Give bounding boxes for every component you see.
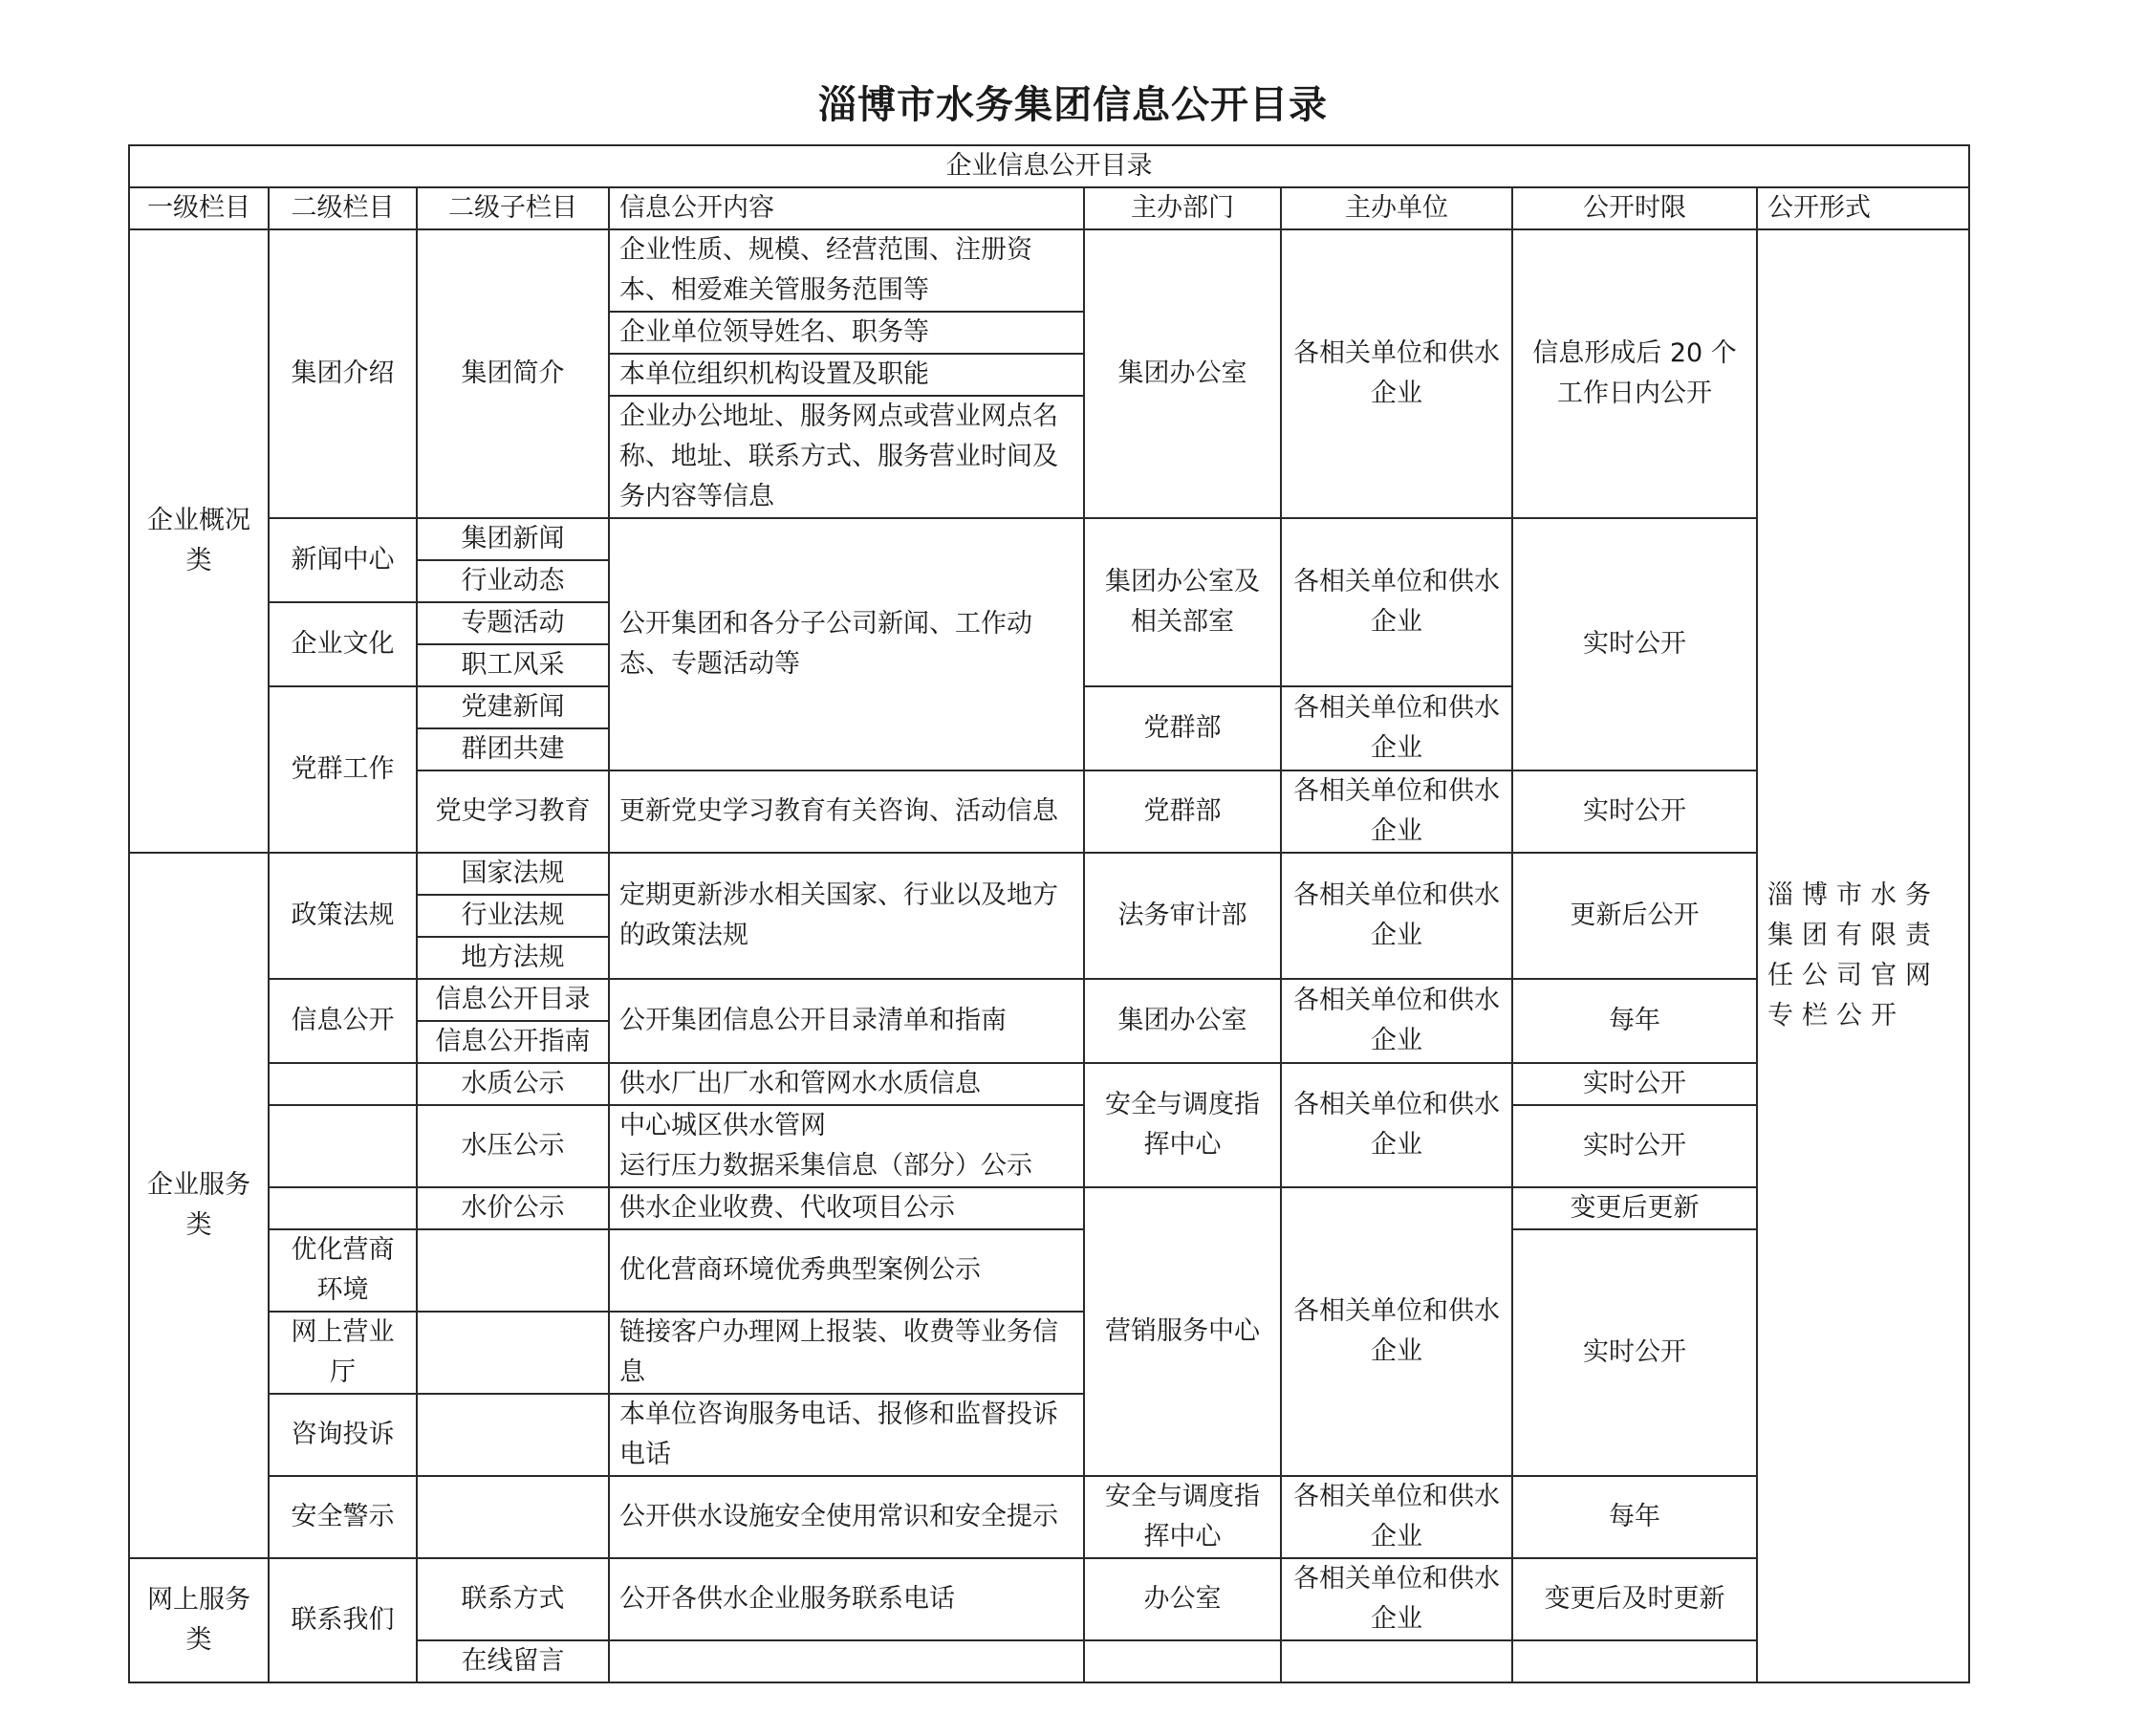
time-after-change: 变更后更新 [1512, 1187, 1757, 1229]
l3-disclosure-guide: 信息公开指南 [417, 1021, 609, 1063]
content-org: 本单位组织机构设置及职能 [609, 354, 1084, 396]
unit: 各相关单位和供水企业 [1281, 853, 1512, 979]
content-safety: 公开供水设施安全使用常识和安全提示 [609, 1476, 1084, 1558]
l3-mass-org: 群团共建 [417, 728, 609, 770]
dept-office: 办公室 [1084, 1558, 1281, 1640]
time-after-update: 更新后公开 [1512, 853, 1757, 979]
content-leaders: 企业单位领导姓名、职务等 [609, 312, 1084, 354]
l2-online-hall: 网上营业厅 [269, 1312, 417, 1394]
dept-dispatch-2: 安全与调度指挥中心 [1084, 1476, 1281, 1558]
info-disclosure-catalog-table: 企业信息公开目录 一级栏目 二级栏目 二级子栏目 信息公开内容 主办部门 主办单… [128, 144, 1970, 1683]
l3-special-events: 专题活动 [417, 602, 609, 644]
dept-group-office: 集团办公室 [1084, 229, 1281, 518]
unit: 各相关单位和供水企业 [1281, 979, 1512, 1063]
time-empty [1512, 1640, 1757, 1682]
content-business-env: 优化营商环境优秀典型案例公示 [609, 1229, 1084, 1312]
l2-policy: 政策法规 [269, 853, 417, 979]
l3-group-news: 集团新闻 [417, 518, 609, 560]
l2-business-env: 优化营商环境 [269, 1229, 417, 1312]
l2-contact-us: 联系我们 [269, 1558, 417, 1682]
content-nature: 企业性质、规模、经营范围、注册资本、相爱难关管服务范围等 [609, 229, 1084, 312]
l2-news-center: 新闻中心 [269, 518, 417, 602]
l2-party-work: 党群工作 [269, 686, 417, 853]
unit: 各相关单位和供水企业 [1281, 1187, 1512, 1476]
l3-party-history: 党史学习教育 [417, 770, 609, 853]
unit: 各相关单位和供水企业 [1281, 518, 1512, 686]
time-realtime: 实时公开 [1512, 518, 1757, 770]
l3-water-quality: 水质公示 [417, 1063, 609, 1105]
l3-empty [417, 1476, 609, 1558]
content-online-hall: 链接客户办理网上报装、收费等业务信息 [609, 1312, 1084, 1394]
header-level2: 二级栏目 [269, 187, 417, 229]
l2-empty [269, 1187, 417, 1229]
content-complaint: 本单位咨询服务电话、报修和监督投诉电话 [609, 1394, 1084, 1476]
dept-party: 党群部 [1084, 686, 1281, 770]
l3-group-profile: 集团简介 [417, 229, 609, 518]
unit-empty [1281, 1640, 1512, 1682]
content-empty [609, 1640, 1084, 1682]
header-time: 公开时限 [1512, 187, 1757, 229]
group-enterprise-overview: 企业概况类 [129, 229, 269, 853]
unit: 各相关单位和供水企业 [1281, 1558, 1512, 1640]
l3-water-price: 水价公示 [417, 1187, 609, 1229]
unit: 各相关单位和供水企业 [1281, 770, 1512, 853]
dept-marketing: 营销服务中心 [1084, 1187, 1281, 1476]
l3-industry-news: 行业动态 [417, 560, 609, 602]
content-water-pressure: 中心城区供水管网 运行压力数据采集信息（部分）公示 [609, 1105, 1084, 1187]
l2-empty [269, 1063, 417, 1105]
unit: 各相关单位和供水企业 [1281, 1063, 1512, 1187]
content-disclosure: 公开集团信息公开目录清单和指南 [609, 979, 1084, 1063]
document-title: 淄博市水务集团信息公开目录 [0, 75, 2146, 129]
l3-staff-style: 职工风采 [417, 644, 609, 686]
dept-dispatch: 安全与调度指挥中心 [1084, 1063, 1281, 1187]
l2-corporate-culture: 企业文化 [269, 602, 417, 686]
dept-party-2: 党群部 [1084, 770, 1281, 853]
header-level2-sub: 二级子栏目 [417, 187, 609, 229]
group-online-service: 网上服务类 [129, 1558, 269, 1682]
unit: 各相关单位和供水企业 [1281, 686, 1512, 770]
l2-disclosure: 信息公开 [269, 979, 417, 1063]
time-annual: 每年 [1512, 979, 1757, 1063]
unit: 各相关单位和供水企业 [1281, 1476, 1512, 1558]
l3-industry-law: 行业法规 [417, 895, 609, 937]
l3-contact-info: 联系方式 [417, 1558, 609, 1640]
content-policy: 定期更新涉水相关国家、行业以及地方的政策法规 [609, 853, 1084, 979]
l3-disclosure-catalog: 信息公开目录 [417, 979, 609, 1021]
dept-empty [1084, 1640, 1281, 1682]
dept-group-office-2: 集团办公室 [1084, 979, 1281, 1063]
content-water-quality: 供水厂出厂水和管网水水质信息 [609, 1063, 1084, 1105]
content-pressure-line2: 运行压力数据采集信息（部分）公示 [619, 1146, 1073, 1186]
time-realtime-quality: 实时公开 [1512, 1063, 1757, 1105]
header-content: 信息公开内容 [609, 187, 1084, 229]
l3-empty [417, 1312, 609, 1394]
time-realtime-marketing: 实时公开 [1512, 1229, 1757, 1476]
l3-national-law: 国家法规 [417, 853, 609, 895]
l3-empty [417, 1229, 609, 1312]
content-contact: 公开各供水企业服务联系电话 [609, 1558, 1084, 1640]
l3-local-law: 地方法规 [417, 937, 609, 979]
time-realtime-2: 实时公开 [1512, 770, 1757, 853]
header-row: 一级栏目 二级栏目 二级子栏目 信息公开内容 主办部门 主办单位 公开时限 公开… [129, 187, 1969, 229]
disclosure-form: 淄博市水务集团有限责任公司官网专栏公开 [1757, 229, 1969, 1682]
group-enterprise-service: 企业服务类 [129, 853, 269, 1558]
l3-water-pressure: 水压公示 [417, 1105, 609, 1187]
l3-online-message: 在线留言 [417, 1640, 609, 1682]
content-party-history: 更新党史学习教育有关咨询、活动信息 [609, 770, 1084, 853]
time-annual-2: 每年 [1512, 1476, 1757, 1558]
header-level1: 一级栏目 [129, 187, 269, 229]
header-unit: 主办单位 [1281, 187, 1512, 229]
dept-office-and-depts: 集团办公室及相关部室 [1084, 518, 1281, 686]
time-realtime-pressure: 实时公开 [1512, 1105, 1757, 1187]
l2-group-intro: 集团介绍 [269, 229, 417, 518]
l2-complaint: 咨询投诉 [269, 1394, 417, 1476]
l3-empty [417, 1394, 609, 1476]
dept-legal: 法务审计部 [1084, 853, 1281, 979]
time-20-days: 信息形成后 20 个工作日内公开 [1512, 229, 1757, 518]
table-caption: 企业信息公开目录 [129, 145, 1969, 187]
content-address: 企业办公地址、服务网点或营业网点名称、地址、联系方式、服务营业时间及务内容等信息 [609, 396, 1084, 518]
l2-safety-warning: 安全警示 [269, 1476, 417, 1558]
content-pressure-line1: 中心城区供水管网 [619, 1106, 1073, 1146]
l2-empty [269, 1105, 417, 1187]
time-after-change-timely: 变更后及时更新 [1512, 1558, 1757, 1640]
content-news: 公开集团和各分子公司新闻、工作动态、专题活动等 [609, 518, 1084, 770]
unit: 各相关单位和供水企业 [1281, 229, 1512, 518]
content-water-price: 供水企业收费、代收项目公示 [609, 1187, 1084, 1229]
header-dept: 主办部门 [1084, 187, 1281, 229]
header-form: 公开形式 [1757, 187, 1969, 229]
l3-party-news: 党建新闻 [417, 686, 609, 728]
